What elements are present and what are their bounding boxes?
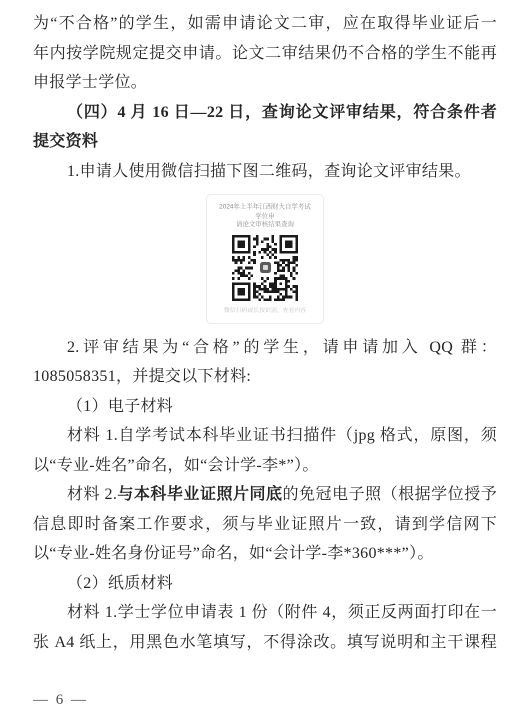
qr-caption-line1: 2024年上半年江西财大自学考试学位申 bbox=[216, 203, 314, 220]
page-number: — 6 — bbox=[33, 692, 88, 709]
text-line: 材料 2.与本科毕业证照片同底的免冠电子照（根据学位授予 bbox=[33, 480, 497, 510]
text-line: 材料 1.自学考试本科毕业证书扫描件（jpg 格式，原图，须 bbox=[33, 421, 497, 451]
text-line: （2）纸质材料 bbox=[33, 569, 497, 599]
text-line: 提交资料 bbox=[33, 127, 497, 157]
text-line: 申报学士学位。 bbox=[33, 68, 497, 98]
text-line: 以“专业-姓名”命名，如“会计学-李*”）。 bbox=[33, 451, 497, 481]
text-line: 年内按学院规定提交申请。论文二审结果仍不合格的学生不能再 bbox=[33, 39, 497, 69]
paragraph-block-top: 为“不合格”的学生，如需申请论文二审，应在取得毕业证后一年内按学院规定提交申请。… bbox=[33, 9, 497, 186]
qr-caption-line2: 请论文审核结果查询 bbox=[216, 221, 314, 230]
text-line: 以“专业-姓名身份证号”命名，如“会计学-李*360***”）。 bbox=[33, 539, 497, 569]
text-line: 1085058351，并提交以下材料: bbox=[33, 362, 497, 392]
text-line: 1.申请人使用微信扫描下图二维码，查询论文评审结果。 bbox=[33, 157, 497, 187]
text-line: 信息即时备案工作要求，须与毕业证照片一致，请到学信网下载， bbox=[33, 510, 497, 540]
qr-footer-note: 微信扫码或长按识别，查看内容 bbox=[217, 307, 312, 314]
paragraph-block-bottom: 2.评审结果为“合格”的学生，请申请加入 QQ 群：1085058351，并提交… bbox=[33, 333, 497, 658]
text-line: 为“不合格”的学生，如需申请论文二审，应在取得毕业证后一 bbox=[33, 9, 497, 39]
text-line: 材料 1.学士学位申请表 1 份（附件 4，须正反两面打印在一 bbox=[33, 598, 497, 628]
text-line: 张 A4 纸上，用黑色水笔填写，不得涂改。填写说明和主干课程 bbox=[33, 628, 497, 658]
text-line: 2.评审结果为“合格”的学生，请申请加入 QQ 群： bbox=[33, 333, 497, 363]
text-line: （四）4 月 16 日—22 日，查询论文评审结果，符合条件者 bbox=[33, 98, 497, 128]
qr-caption: 2024年上半年江西财大自学考试学位申 请论文审核结果查询 bbox=[216, 203, 314, 229]
qr-code-card: 2024年上半年江西财大自学考试学位申 请论文审核结果查询 微信扫码或长按识别，… bbox=[206, 194, 324, 324]
document-page: 为“不合格”的学生，如需申请论文二审，应在取得毕业证后一年内按学院规定提交申请。… bbox=[0, 0, 529, 724]
text-line: （1）电子材料 bbox=[33, 392, 497, 422]
qr-center-logo-icon bbox=[257, 260, 273, 276]
document-body: 为“不合格”的学生，如需申请论文二审，应在取得毕业证后一年内按学院规定提交申请。… bbox=[33, 9, 497, 657]
qr-code-image bbox=[232, 235, 298, 301]
